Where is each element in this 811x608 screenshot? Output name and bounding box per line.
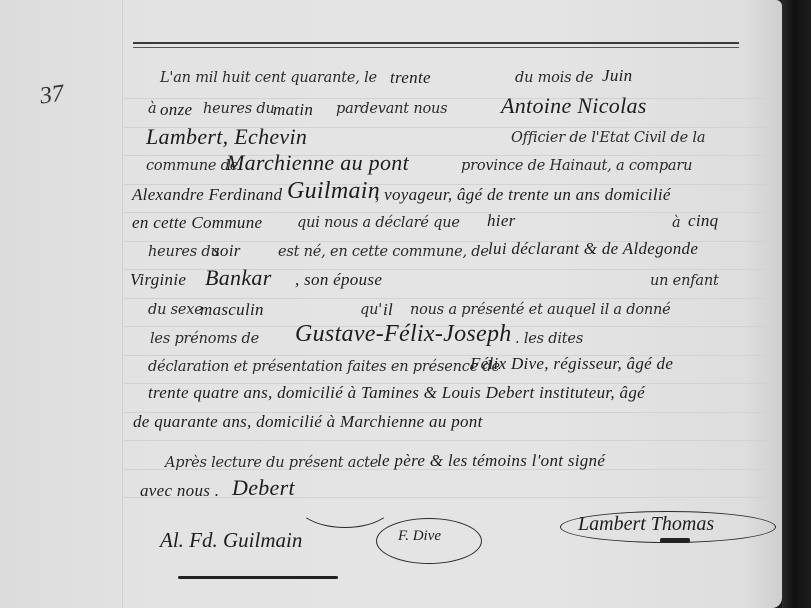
printed-text: est né, en cette commune, de	[278, 244, 489, 260]
printed-text: qu'	[360, 302, 382, 318]
handwritten-commune: Marchienne au pont	[226, 150, 409, 176]
printed-text: un enfant	[650, 273, 719, 289]
printed-text: nous a présenté et auquel il a donné	[410, 302, 671, 318]
signature-flourish	[296, 478, 394, 528]
ruling-line	[124, 98, 779, 99]
printed-text: . les dites	[515, 331, 583, 347]
ruling-line	[124, 298, 779, 299]
page-edge-shadow	[782, 0, 811, 608]
handwritten-avec-nous: avec nous .	[140, 481, 219, 501]
handwritten-officer-title: Lambert, Echevin	[146, 124, 307, 150]
signature-officer: Lambert Thomas	[578, 513, 714, 536]
handwritten-father-surname: Guilmain	[287, 178, 380, 205]
printed-text: Après lecture du présent acte	[165, 455, 378, 471]
handwritten-time: matin	[273, 100, 313, 120]
ruling-line	[124, 440, 779, 441]
entry-number: 37	[38, 80, 66, 110]
margin-line	[122, 0, 123, 608]
handwritten-mother-intro: lui déclarant & de Aldegonde	[488, 239, 698, 259]
handwritten-mother-firstname: Virginie	[130, 270, 186, 290]
handwritten-father-details: , voyageur, âgé de trente un ans domicil…	[375, 185, 671, 205]
register-page: 37 L'an mil huit cent quarante, le trent…	[0, 0, 782, 608]
handwritten-time: soir	[213, 241, 241, 261]
printed-text: à	[148, 101, 156, 117]
handwritten-officer-name: Antoine Nicolas	[501, 93, 647, 119]
handwritten-mother-relation: , son épouse	[295, 270, 382, 290]
handwritten-pronoun: il	[383, 300, 393, 320]
printed-text: Officier de l'Etat Civil de la	[511, 130, 705, 146]
printed-text: heures du	[203, 101, 275, 117]
header-double-rule	[133, 42, 739, 44]
signature-underline	[178, 576, 338, 579]
printed-text: à	[672, 215, 680, 231]
signature-witness-dive: F. Dive	[398, 528, 441, 545]
handwritten-witness-2-details: de quarante ans, domicilié à Marchienne …	[133, 412, 483, 432]
handwritten-sex: masculin	[200, 300, 264, 320]
printed-text: commune de	[146, 158, 238, 174]
handwritten-mother-surname: Bankar	[205, 265, 272, 291]
signature-father: Al. Fd. Guilmain	[160, 528, 302, 553]
handwritten-day-of-birth: hier	[487, 211, 516, 231]
printed-text: pardevant nous	[336, 101, 447, 117]
printed-text: L'an mil huit cent quarante, le	[160, 70, 377, 86]
handwritten-child-names: Gustave-Félix-Joseph	[295, 321, 512, 348]
ink-blot	[660, 538, 690, 543]
handwritten-witness-1: Félix Dive, régisseur, âgé de	[470, 354, 673, 374]
signature-debert: Debert	[232, 475, 295, 501]
printed-text: du mois de	[515, 70, 593, 86]
printed-text: du sexe	[148, 302, 203, 318]
handwritten-domicile: en cette Commune	[132, 213, 262, 233]
printed-text: qui nous a déclaré que	[297, 215, 460, 231]
printed-text: déclaration et présentation faites en pr…	[148, 359, 500, 375]
printed-text: province de Hainaut, a comparu	[461, 158, 692, 174]
handwritten-signing-statement: le père & les témoins l'ont signé	[377, 451, 605, 471]
ruling-line	[124, 497, 779, 498]
handwritten-father-firstnames: Alexandre Ferdinand	[132, 185, 282, 205]
printed-text: les prénoms de	[150, 331, 259, 347]
handwritten-birth-hour: cinq	[688, 211, 718, 231]
handwritten-day: trente	[390, 68, 431, 88]
handwritten-month: Juin	[602, 66, 632, 86]
printed-text: heures du	[148, 244, 220, 260]
handwritten-witness-details: trente quatre ans, domicilié à Tamines &…	[148, 383, 645, 403]
ruling-line	[124, 155, 779, 156]
handwritten-hour: onze	[160, 100, 192, 120]
header-double-rule-lower	[133, 47, 739, 48]
ruling-line	[124, 355, 779, 356]
